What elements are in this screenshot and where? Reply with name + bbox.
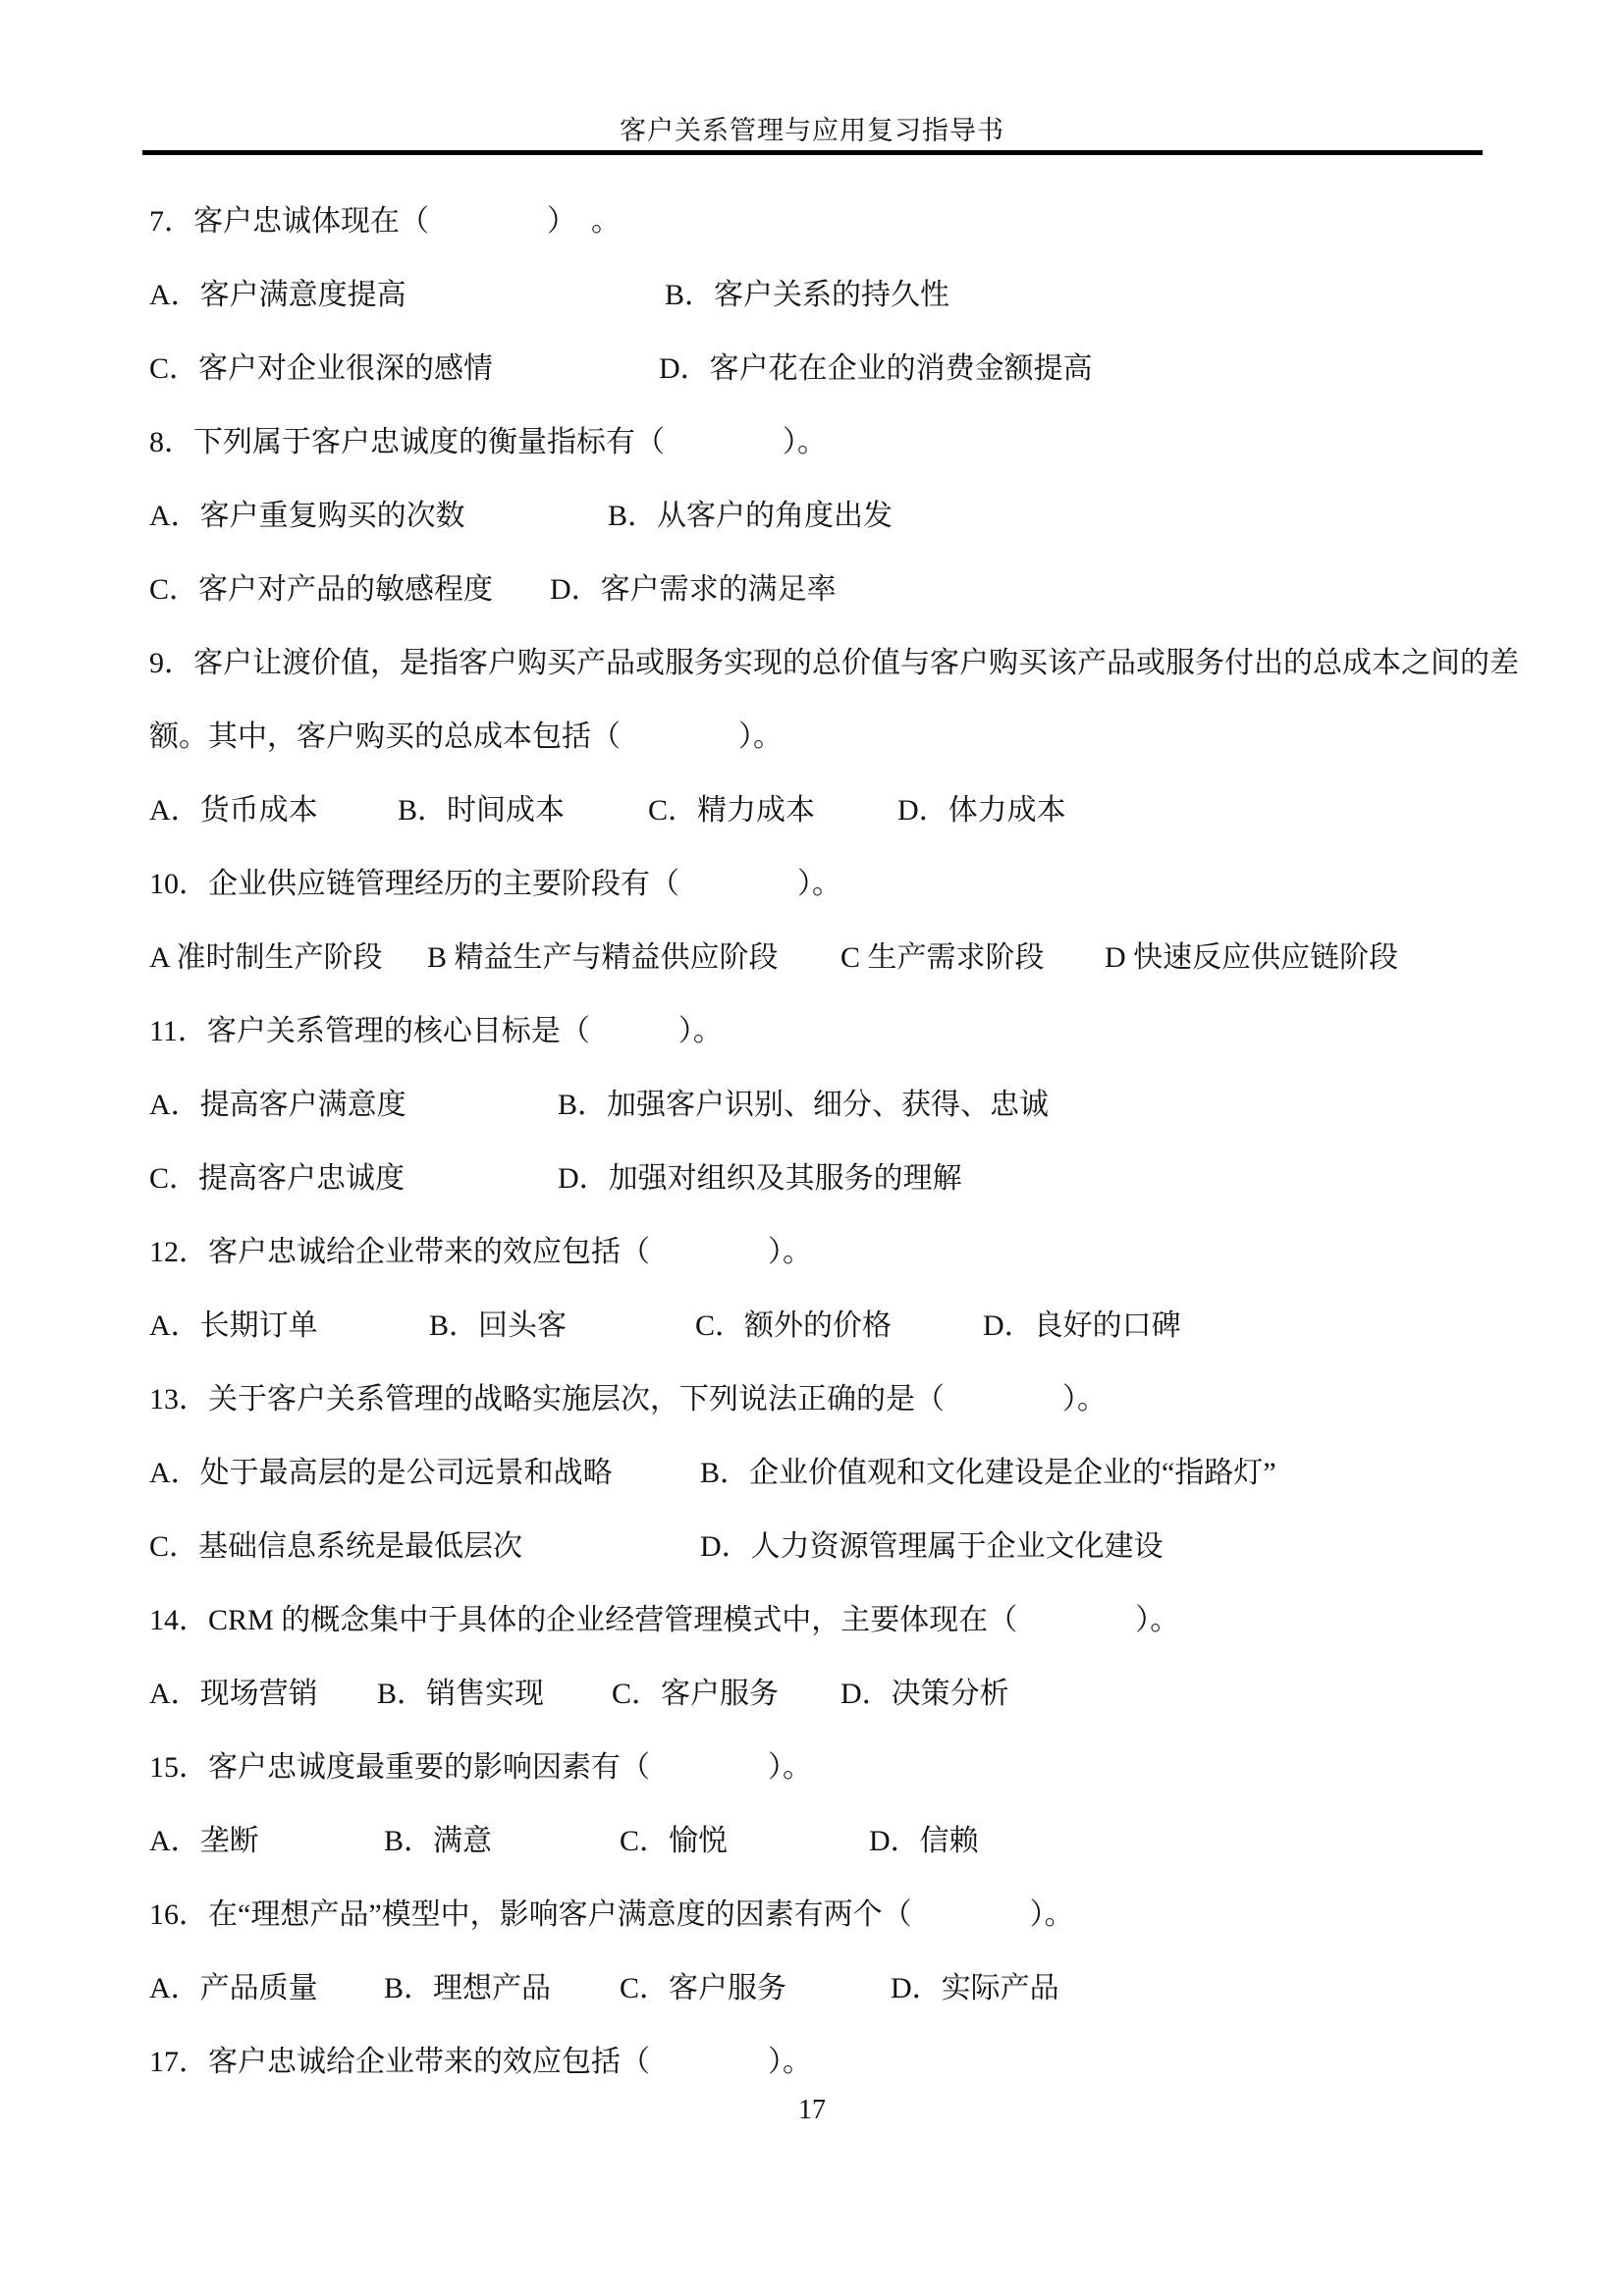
question-16-stem-line: 16．在“理想产品”模型中，影响客户满意度的因素有两个（ ）。 (0, 1878, 1624, 1951)
question-16-stem: 16．在“理想产品”模型中，影响客户满意度的因素有两个（ ）。 (149, 1878, 1074, 1951)
question-7-stem: 7．客户忠诚体现在（ ） 。 (149, 185, 621, 258)
question-13-stem-line: 13．关于客户关系管理的战略实施层次，下列说法正确的是（ ）。 (0, 1362, 1624, 1436)
question-15-stem-line: 15．客户忠诚度最重要的影响因素有（ ）。 (0, 1731, 1624, 1804)
question-13-options-cd: C．基础信息系统是最低层次 D．人力资源管理属于企业文化建设 (0, 1510, 1624, 1583)
question-14-option-b: B．销售实现 (377, 1657, 544, 1731)
question-7-stem-line: 7．客户忠诚体现在（ ） 。 (0, 185, 1624, 258)
question-13-option-a: A．处于最高层的是公司远景和战略 (149, 1436, 613, 1510)
question-15-option-c: C．愉悦 (620, 1804, 728, 1878)
question-12-options: A．长期订单 B．回头客 C．额外的价格 D．良好的口碑 (0, 1289, 1624, 1362)
question-10-stem: 10．企业供应链管理经历的主要阶段有（ ）。 (149, 847, 841, 921)
question-16-option-b: B．理想产品 (384, 1951, 551, 2025)
question-9-option-d: D．体力成本 (897, 774, 1066, 847)
question-16-option-d: D．实际产品 (891, 1951, 1059, 2025)
question-9-stem-part1: 9．客户让渡价值，是指客户购买产品或服务实现的总价值与客户购买该产品或服务付出的… (149, 626, 1519, 700)
question-11-option-c: C．提高客户忠诚度 (149, 1142, 405, 1215)
question-11-option-b: B．加强客户识别、细分、获得、忠诚 (558, 1068, 1049, 1142)
question-8-option-a: A．客户重复购买的次数 (149, 479, 465, 553)
question-12-option-b: B．回头客 (429, 1289, 567, 1362)
question-11-stem-line: 11．客户关系管理的核心目标是（ ）。 (0, 994, 1624, 1068)
question-10-options: A 准时制生产阶段 B 精益生产与精益供应阶段 C 生产需求阶段 D 快速反应供… (0, 921, 1624, 994)
question-12-option-d: D．良好的口碑 (983, 1289, 1181, 1362)
question-8-stem: 8．下列属于客户忠诚度的衡量指标有（ ）。 (149, 405, 827, 479)
question-8-options-cd: C．客户对产品的敏感程度 D．客户需求的满足率 (0, 553, 1624, 626)
question-9-stem-part2: 额。其中，客户购买的总成本包括（ ）。 (149, 700, 783, 774)
question-9-stem-line-1: 9．客户让渡价值，是指客户购买产品或服务实现的总价值与客户购买该产品或服务付出的… (0, 626, 1624, 700)
question-17-stem: 17．客户忠诚给企业带来的效应包括（ ）。 (149, 2025, 812, 2099)
question-10-option-b: B 精益生产与精益供应阶段 (427, 921, 779, 994)
question-14-stem-line: 14．CRM 的概念集中于具体的企业经营管理模式中，主要体现在（ ）。 (0, 1583, 1624, 1657)
question-10-option-d: D 快速反应供应链阶段 (1105, 921, 1398, 994)
question-9-options: A．货币成本 B．时间成本 C．精力成本 D．体力成本 (0, 774, 1624, 847)
question-11-options-ab: A．提高客户满意度 B．加强客户识别、细分、获得、忠诚 (0, 1068, 1624, 1142)
question-9-option-b: B．时间成本 (398, 774, 565, 847)
document-page: 客户关系管理与应用复习指导书 7．客户忠诚体现在（ ） 。 A．客户满意度提高 … (0, 0, 1624, 2296)
question-7-option-c: C．客户对企业很深的感情 (149, 332, 493, 405)
question-17-stem-line: 17．客户忠诚给企业带来的效应包括（ ）。 (0, 2025, 1624, 2099)
question-13-option-c: C．基础信息系统是最低层次 (149, 1510, 522, 1583)
question-16-options: A．产品质量 B．理想产品 C．客户服务 D．实际产品 (0, 1951, 1624, 2025)
question-12-stem: 12．客户忠诚给企业带来的效应包括（ ）。 (149, 1215, 812, 1289)
question-15-stem: 15．客户忠诚度最重要的影响因素有（ ）。 (149, 1731, 812, 1804)
question-15-options: A．垄断 B．满意 C．愉悦 D．信赖 (0, 1804, 1624, 1878)
question-8-options-ab: A．客户重复购买的次数 B．从客户的角度出发 (0, 479, 1624, 553)
question-9-option-a: A．货币成本 (149, 774, 318, 847)
page-number: 17 (0, 2091, 1624, 2130)
question-10-stem-line: 10．企业供应链管理经历的主要阶段有（ ）。 (0, 847, 1624, 921)
question-15-option-b: B．满意 (384, 1804, 492, 1878)
question-14-option-c: C．客户服务 (612, 1657, 779, 1731)
question-14-options: A．现场营销 B．销售实现 C．客户服务 D．决策分析 (0, 1657, 1624, 1731)
question-12-option-c: C．额外的价格 (695, 1289, 892, 1362)
question-11-options-cd: C．提高客户忠诚度 D．加强对组织及其服务的理解 (0, 1142, 1624, 1215)
question-13-stem: 13．关于客户关系管理的战略实施层次，下列说法正确的是（ ）。 (149, 1362, 1107, 1436)
question-8-stem-line: 8．下列属于客户忠诚度的衡量指标有（ ）。 (0, 405, 1624, 479)
question-13-option-b: B．企业价值观和文化建设是企业的“指路灯” (700, 1436, 1276, 1510)
question-10-option-a: A 准时制生产阶段 (149, 921, 383, 994)
question-7-options-ab: A．客户满意度提高 B．客户关系的持久性 (0, 258, 1624, 332)
header-divider-rule (142, 150, 1483, 155)
question-16-option-a: A．产品质量 (149, 1951, 318, 2025)
question-15-option-a: A．垄断 (149, 1804, 259, 1878)
question-7-options-cd: C．客户对企业很深的感情 D．客户花在企业的消费金额提高 (0, 332, 1624, 405)
question-12-stem-line: 12．客户忠诚给企业带来的效应包括（ ）。 (0, 1215, 1624, 1289)
question-7-option-d: D．客户花在企业的消费金额提高 (659, 332, 1093, 405)
question-8-option-c: C．客户对产品的敏感程度 (149, 553, 493, 626)
question-11-option-a: A．提高客户满意度 (149, 1068, 406, 1142)
question-11-option-d: D．加强对组织及其服务的理解 (558, 1142, 962, 1215)
question-8-option-b: B．从客户的角度出发 (608, 479, 893, 553)
question-13-options-ab: A．处于最高层的是公司远景和战略 B．企业价值观和文化建设是企业的“指路灯” (0, 1436, 1624, 1510)
question-11-stem: 11．客户关系管理的核心目标是（ ）。 (149, 994, 723, 1068)
question-7-option-a: A．客户满意度提高 (149, 258, 406, 332)
question-13-option-d: D．人力资源管理属于企业文化建设 (700, 1510, 1164, 1583)
question-10-option-c: C 生产需求阶段 (840, 921, 1045, 994)
question-14-stem: 14．CRM 的概念集中于具体的企业经营管理模式中，主要体现在（ ）。 (149, 1583, 1179, 1657)
question-14-option-a: A．现场营销 (149, 1657, 318, 1731)
question-8-option-d: D．客户需求的满足率 (550, 553, 837, 626)
question-7-option-b: B．客户关系的持久性 (665, 258, 949, 332)
question-9-stem-line-2: 额。其中，客户购买的总成本包括（ ）。 (0, 700, 1624, 774)
question-15-option-d: D．信赖 (869, 1804, 979, 1878)
question-12-option-a: A．长期订单 (149, 1289, 318, 1362)
page-header-title: 客户关系管理与应用复习指导书 (0, 111, 1624, 150)
question-14-option-d: D．决策分析 (840, 1657, 1009, 1731)
question-16-option-c: C．客户服务 (620, 1951, 786, 2025)
question-9-option-c: C．精力成本 (648, 774, 815, 847)
